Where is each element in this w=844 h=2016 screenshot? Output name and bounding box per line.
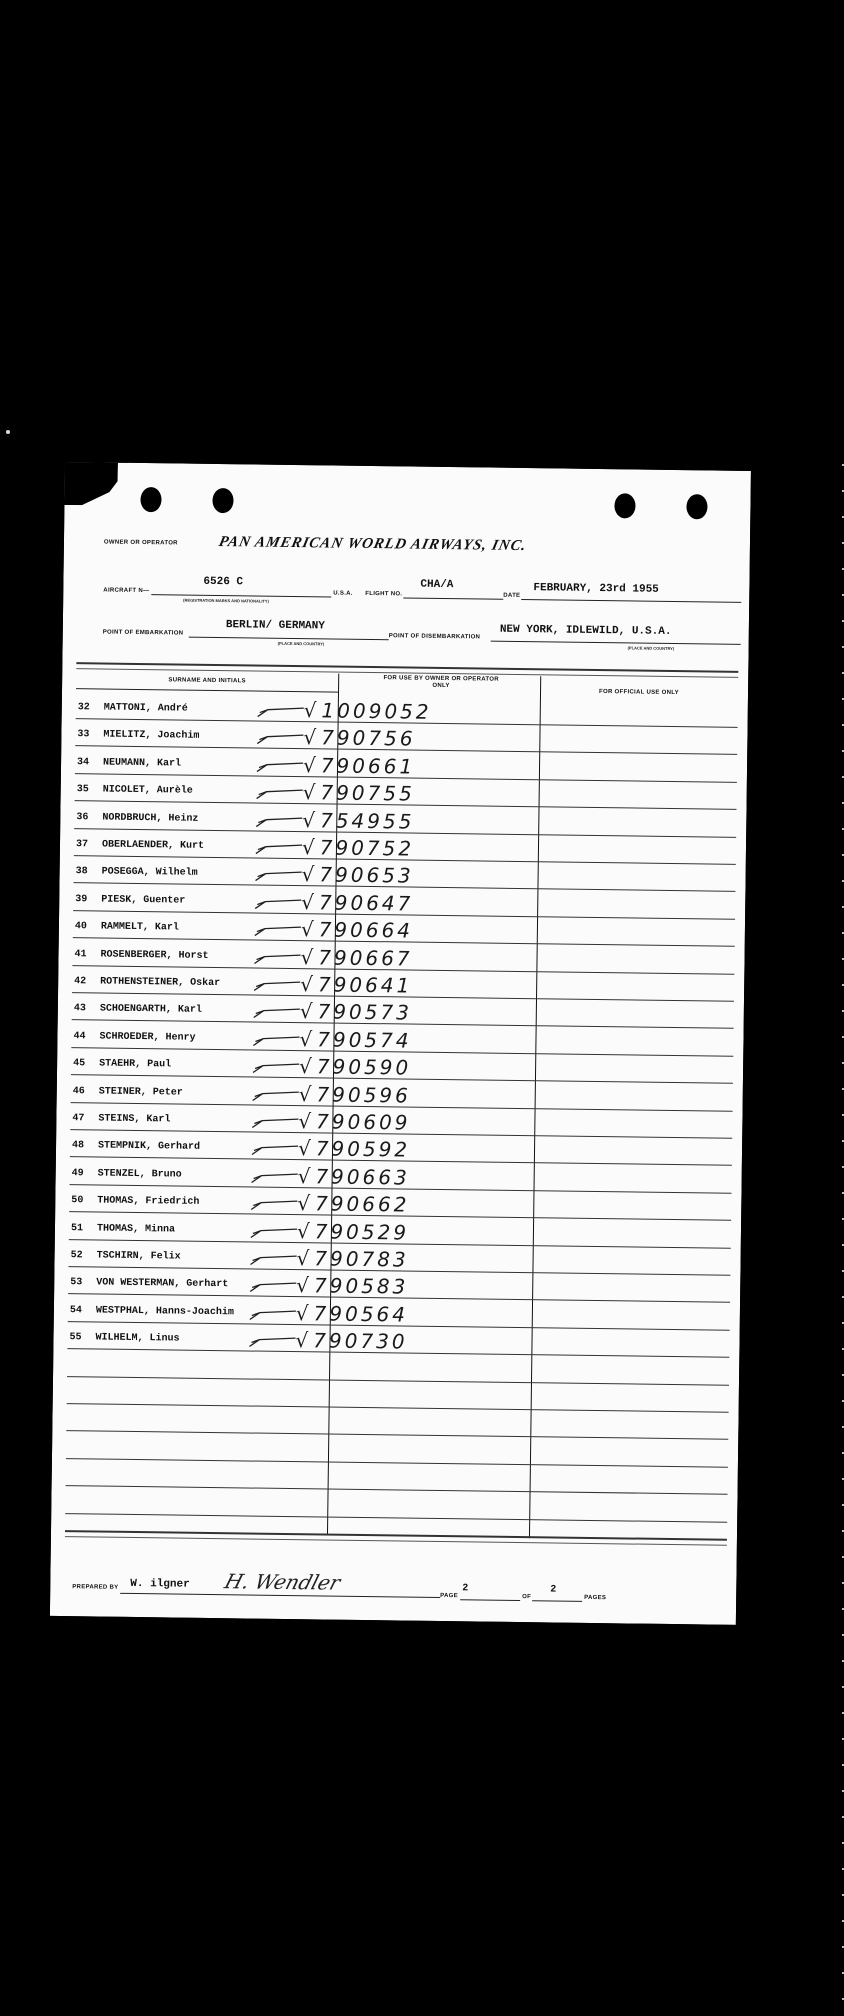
check-mark-icon: [252, 951, 302, 966]
nationality: U.S.A.: [333, 591, 353, 597]
row-number: 45: [73, 1058, 85, 1069]
ticket-number: 790583: [296, 1273, 408, 1298]
row-number: 35: [77, 784, 89, 795]
ticket-number: 790664: [301, 917, 413, 942]
passenger-name: SCHOENGARTH, Karl: [100, 1004, 202, 1016]
passenger-name: STENZEL, Bruno: [98, 1168, 182, 1180]
check-mark-icon: [255, 759, 305, 774]
ticket-number: 790592: [298, 1137, 410, 1162]
check-mark-icon: [251, 1061, 301, 1076]
ticket-number: 790756: [303, 726, 415, 751]
check-mark-icon: [253, 896, 303, 911]
embarkation-sublabel: (Place and country): [278, 641, 325, 647]
row-number: 32: [78, 702, 90, 713]
check-mark-icon: [254, 814, 304, 829]
passenger-name: THOMAS, Friedrich: [97, 1196, 199, 1208]
flight-number: CHA/A: [420, 579, 453, 591]
row-number: 51: [71, 1223, 83, 1234]
passenger-name: WESTPHAL, Hanns-Joachim: [96, 1305, 234, 1318]
airline-name: Pan American World Airways, Inc.: [217, 534, 528, 555]
passenger-name: WILHELM, Linus: [95, 1333, 179, 1345]
disembarkation-place: NEW YORK, IDLEWILD, U.S.A.: [500, 624, 672, 638]
row-number: 44: [73, 1031, 85, 1042]
check-mark-icon: [253, 924, 303, 939]
check-mark-icon: [254, 842, 304, 857]
torn-corner: [62, 460, 118, 506]
passenger-name: STAEHR, Paul: [99, 1059, 171, 1071]
row-number: 39: [75, 894, 87, 905]
row-number: 46: [73, 1086, 85, 1097]
check-mark-icon: [252, 1006, 302, 1021]
passenger-name: STEINER, Peter: [99, 1086, 183, 1098]
row-number: 53: [70, 1278, 82, 1289]
header-owner-use: For use by owner or operator only: [376, 675, 506, 691]
date-label: Date: [503, 593, 520, 599]
passenger-name: MIELITZ, Joachim: [103, 730, 199, 742]
ticket-number: 790573: [300, 1000, 412, 1025]
of-label: of: [522, 1594, 531, 1600]
row-number: 50: [71, 1195, 83, 1206]
check-mark-icon: [250, 1143, 300, 1158]
check-mark-icon: [256, 705, 306, 720]
check-mark-icon: [249, 1198, 299, 1213]
row-number: 38: [76, 867, 88, 878]
header-official-use: For official use only: [540, 688, 738, 697]
check-mark-icon: [248, 1252, 298, 1267]
row-number: 40: [75, 921, 87, 932]
ticket-number: 790596: [299, 1082, 411, 1107]
passenger-name: ROSENBERGER, Horst: [100, 949, 208, 961]
ticket-number: 790661: [303, 753, 415, 778]
passenger-name: PIESK, Guenter: [101, 894, 185, 906]
passenger-name: TSCHIRN, Felix: [97, 1250, 181, 1262]
owner-label: Owner or Operator: [104, 540, 178, 547]
check-mark-icon: [248, 1307, 298, 1322]
passenger-name: NORDBRUCH, Heinz: [102, 812, 198, 824]
passenger-name: OBERLAENDER, Kurt: [102, 840, 204, 852]
row-number: 49: [72, 1168, 84, 1179]
ticket-number: 1009052: [304, 698, 432, 724]
ticket-number: 790783: [296, 1246, 408, 1271]
passenger-name: SCHROEDER, Henry: [99, 1031, 195, 1043]
passenger-name: NICOLET, Aurèle: [103, 785, 193, 797]
aircraft-sublabel: (Registration marks and nationality): [183, 598, 269, 604]
ticket-number: 790609: [298, 1109, 410, 1134]
total-pages: 2: [550, 1584, 556, 1595]
passenger-name: MATTONI, André: [104, 703, 188, 715]
row-number: 52: [71, 1250, 83, 1261]
prepared-by-name: W. ilgner: [130, 1578, 190, 1591]
ticket-number: 790663: [298, 1164, 410, 1189]
signature: H. Wendler: [222, 1569, 343, 1594]
check-mark-icon: [247, 1335, 297, 1350]
row-number: 55: [69, 1332, 81, 1343]
passenger-name: STEMPNIK, Gerhard: [98, 1141, 200, 1153]
check-mark-icon: [252, 978, 302, 993]
ticket-number: 790590: [299, 1054, 411, 1079]
row-number: 47: [72, 1113, 84, 1124]
ticket-number: 790752: [302, 835, 414, 860]
flight-label: Flight No.: [365, 591, 402, 597]
page-label: Page: [440, 1593, 458, 1599]
check-mark-icon: [254, 869, 304, 884]
passenger-name: VON WESTERMAN, Gerhart: [96, 1278, 228, 1291]
page-number: 2: [462, 1583, 468, 1594]
check-mark-icon: [248, 1280, 298, 1295]
header-surname: Surname and Initials: [76, 676, 338, 685]
ticket-number: 790755: [303, 780, 415, 805]
passenger-name: THOMAS, Minna: [97, 1223, 175, 1235]
row-number: 36: [76, 812, 88, 823]
ticket-number: 790641: [300, 972, 412, 997]
passenger-name: RAMMELT, Karl: [101, 922, 179, 934]
check-mark-icon: [251, 1033, 301, 1048]
row-number: 48: [72, 1141, 84, 1152]
check-mark-icon: [250, 1170, 300, 1185]
row-number: 41: [74, 949, 86, 960]
ticket-number: 790564: [296, 1301, 408, 1326]
row-number: 54: [70, 1305, 82, 1316]
disembarkation-sublabel: (Place and country): [628, 645, 675, 651]
row-number: 37: [76, 839, 88, 850]
scan-speck: [6, 430, 10, 434]
punch-hole: [686, 494, 707, 519]
punch-hole: [614, 493, 635, 518]
punch-hole: [140, 487, 161, 512]
passenger-name: NEUMANN, Karl: [103, 757, 181, 769]
embarkation-label: Point of Embarkation: [103, 630, 184, 637]
ticket-number: 790730: [295, 1328, 407, 1353]
prepared-by-label: Prepared by: [72, 1584, 118, 1591]
check-mark-icon: [255, 787, 305, 802]
check-mark-icon: [249, 1225, 299, 1240]
passenger-name: STEINS, Karl: [98, 1113, 170, 1125]
row-rule: [65, 1513, 727, 1523]
row-number: 43: [74, 1004, 86, 1015]
embarkation-place: BERLIN/ GERMANY: [226, 619, 325, 632]
row-number: 33: [77, 730, 89, 741]
check-mark-icon: [255, 732, 305, 747]
aircraft-label: Aircraft N—: [103, 588, 149, 595]
ticket-number: 790653: [301, 863, 413, 888]
row-number: 42: [74, 976, 86, 987]
ticket-number: 790647: [301, 890, 413, 915]
ticket-number: 790667: [300, 945, 412, 970]
ticket-number: 754955: [302, 808, 414, 833]
check-mark-icon: [251, 1088, 301, 1103]
ticket-number: 790662: [297, 1191, 409, 1216]
pages-label: Pages: [584, 1595, 606, 1601]
passenger-manifest-page: Owner or Operator Pan American World Air…: [50, 462, 751, 1625]
row-number: 34: [77, 757, 89, 768]
disembarkation-label: Point of Disembarkation: [389, 633, 481, 640]
ticket-number: 790529: [297, 1219, 409, 1244]
check-mark-icon: [250, 1115, 300, 1130]
passenger-name: ROTHENSTEINER, Oskar: [100, 977, 220, 990]
ticket-number: 790574: [299, 1027, 411, 1052]
aircraft-number: 6526 C: [203, 576, 243, 589]
passenger-name: POSEGGA, Wilhelm: [102, 867, 198, 879]
flight-date: FEBRUARY, 23rd 1955: [533, 582, 659, 596]
punch-hole: [212, 488, 233, 513]
passenger-table: Surname and Initials For use by owner or…: [65, 662, 739, 1561]
